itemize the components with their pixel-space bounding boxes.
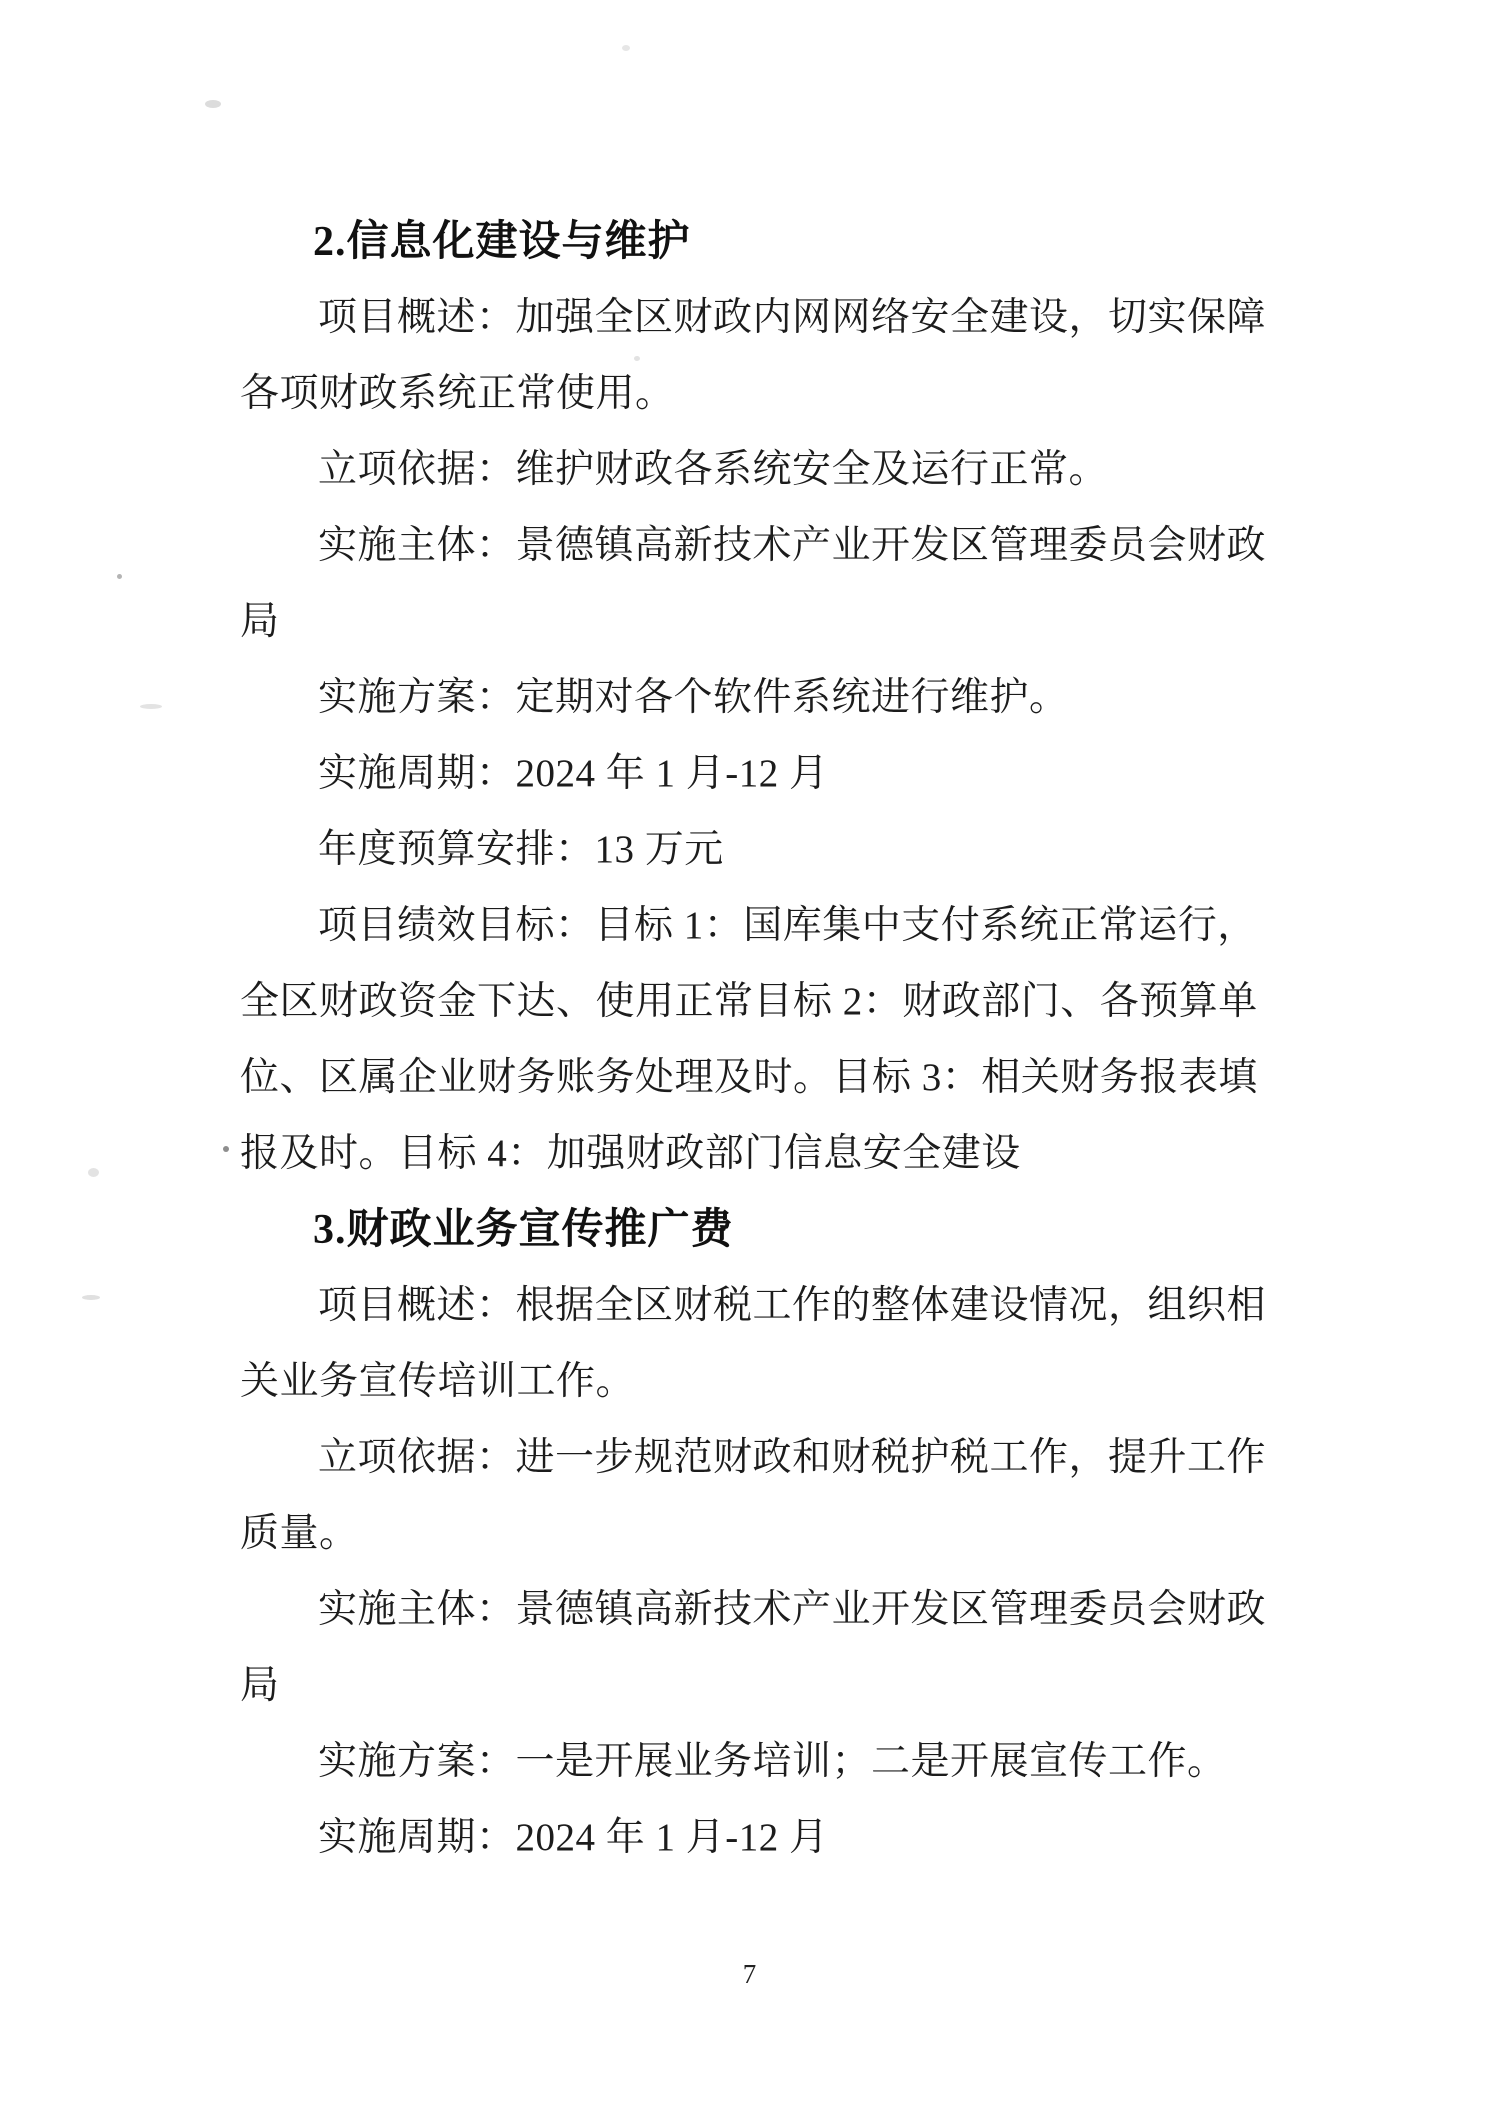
section-2-heading: 2.信息化建设与维护 [240, 204, 1256, 280]
section-3-heading: 3.财政业务宣传推广费 [240, 1192, 1256, 1268]
text-line-project-overview: 项目概述：加强全区财政内网网络安全建设，切实保障 [240, 280, 1256, 356]
document-body: 2.信息化建设与维护 项目概述：加强全区财政内网网络安全建设，切实保障 各项财政… [240, 204, 1256, 1876]
scan-artifact [117, 574, 122, 579]
text-line-performance-goals: 项目绩效目标：目标 1：国库集中支付系统正常运行， [240, 888, 1256, 964]
text-line: 各项财政系统正常使用。 [240, 356, 1256, 432]
text-line-implementation-period: 实施周期：2024 年 1 月-12 月 [240, 736, 1256, 812]
scan-artifact [622, 45, 630, 51]
scan-artifact [88, 1168, 99, 1177]
text-line: 报及时。目标 4：加强财政部门信息安全建设 [240, 1116, 1256, 1192]
text-line-project-basis: 立项依据：维护财政各系统安全及运行正常。 [240, 432, 1256, 508]
text-line-implementing-body: 实施主体：景德镇高新技术产业开发区管理委员会财政 [240, 508, 1256, 584]
text-line-annual-budget: 年度预算安排：13 万元 [240, 812, 1256, 888]
document-page: 2.信息化建设与维护 项目概述：加强全区财政内网网络安全建设，切实保障 各项财政… [0, 0, 1487, 2102]
text-line-implementation-period: 实施周期：2024 年 1 月-12 月 [240, 1800, 1256, 1876]
text-line-project-overview: 项目概述：根据全区财税工作的整体建设情况，组织相 [240, 1268, 1256, 1344]
text-line: 位、区属企业财务账务处理及时。目标 3：相关财务报表填 [240, 1040, 1256, 1116]
scan-artifact [140, 704, 162, 709]
text-line-project-basis: 立项依据：进一步规范财政和财税护税工作，提升工作 [240, 1420, 1256, 1496]
text-line: 全区财政资金下达、使用正常目标 2：财政部门、各预算单 [240, 964, 1256, 1040]
text-line: 局 [240, 584, 1256, 660]
scan-artifact [82, 1295, 100, 1300]
text-line-implementing-body: 实施主体：景德镇高新技术产业开发区管理委员会财政 [240, 1572, 1256, 1648]
scan-artifact [205, 100, 221, 108]
text-line: 质量。 [240, 1496, 1256, 1572]
text-line-implementation-plan: 实施方案：定期对各个软件系统进行维护。 [240, 660, 1256, 736]
text-line-implementation-plan: 实施方案：一是开展业务培训；二是开展宣传工作。 [240, 1724, 1256, 1800]
scan-artifact [223, 1146, 229, 1152]
text-line: 局 [240, 1648, 1256, 1724]
text-line: 关业务宣传培训工作。 [240, 1344, 1256, 1420]
page-number: 7 [0, 1958, 1487, 1990]
